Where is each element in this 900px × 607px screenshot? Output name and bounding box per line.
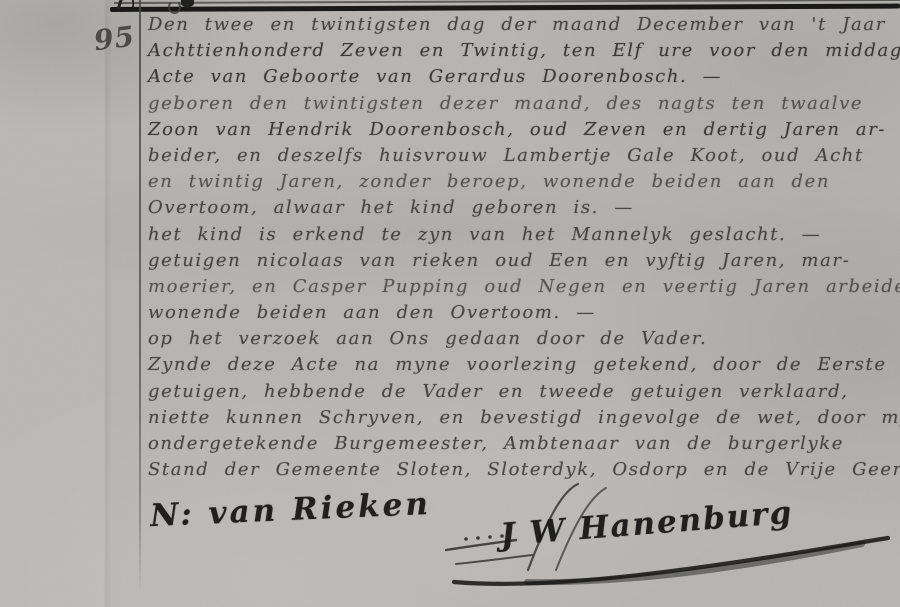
record-line: het kind is erkend te zyn van het Mannel… [148,222,893,248]
record-line: op het verzoek aan Ons gedaan door de Va… [148,326,893,352]
record-line: en twintig Jaren, zonder beroep, wonende… [148,169,893,195]
record-line: geboren den twintigsten dezer maand, des… [148,91,893,117]
record-line: Acte van Geboorte van Gerardus Doorenbos… [148,64,893,90]
record-line: wonende beiden aan den Overtoom. — [148,300,893,326]
record-line: getuigen nicolaas van rieken oud Een en … [148,248,893,274]
record-line: Achttienhonderd Zeven en Twintig, ten El… [148,38,893,64]
record-line: beider, en deszelfs huisvrouw Lambertje … [148,143,893,169]
record-line: Stand der Gemeente Sloten, Sloterdyk, Os… [148,457,893,483]
document-page: 95 Den twee en twintigsten dag der maand… [0,0,900,607]
official-signature: J W Hanenburg [499,495,794,554]
witness-signature: N: van Rieken [149,486,431,534]
record-line: getuigen, hebbende de Vader en tweede ge… [148,379,893,405]
record-line: Zynde deze Acte na myne voorlezing getek… [148,352,893,378]
record-line: moerier, en Casper Pupping oud Negen en … [148,274,893,300]
record-line: ondergetekende Burgemeester, Ambtenaar v… [148,431,893,457]
record-line: niette kunnen Schryven, en bevestigd ing… [148,405,893,431]
record-line: Overtoom, alwaar het kind geboren is. — [148,195,893,221]
act-number: 95 [92,20,137,58]
record-line: Zoon van Hendrik Doorenbosch, oud Zeven … [148,117,893,143]
record-line: Den twee en twintigsten dag der maand De… [148,12,893,38]
top-rule-thick [110,4,900,12]
record-text-block: Den twee en twintigsten dag der maand De… [148,12,893,483]
margin-column-rule [139,0,141,594]
